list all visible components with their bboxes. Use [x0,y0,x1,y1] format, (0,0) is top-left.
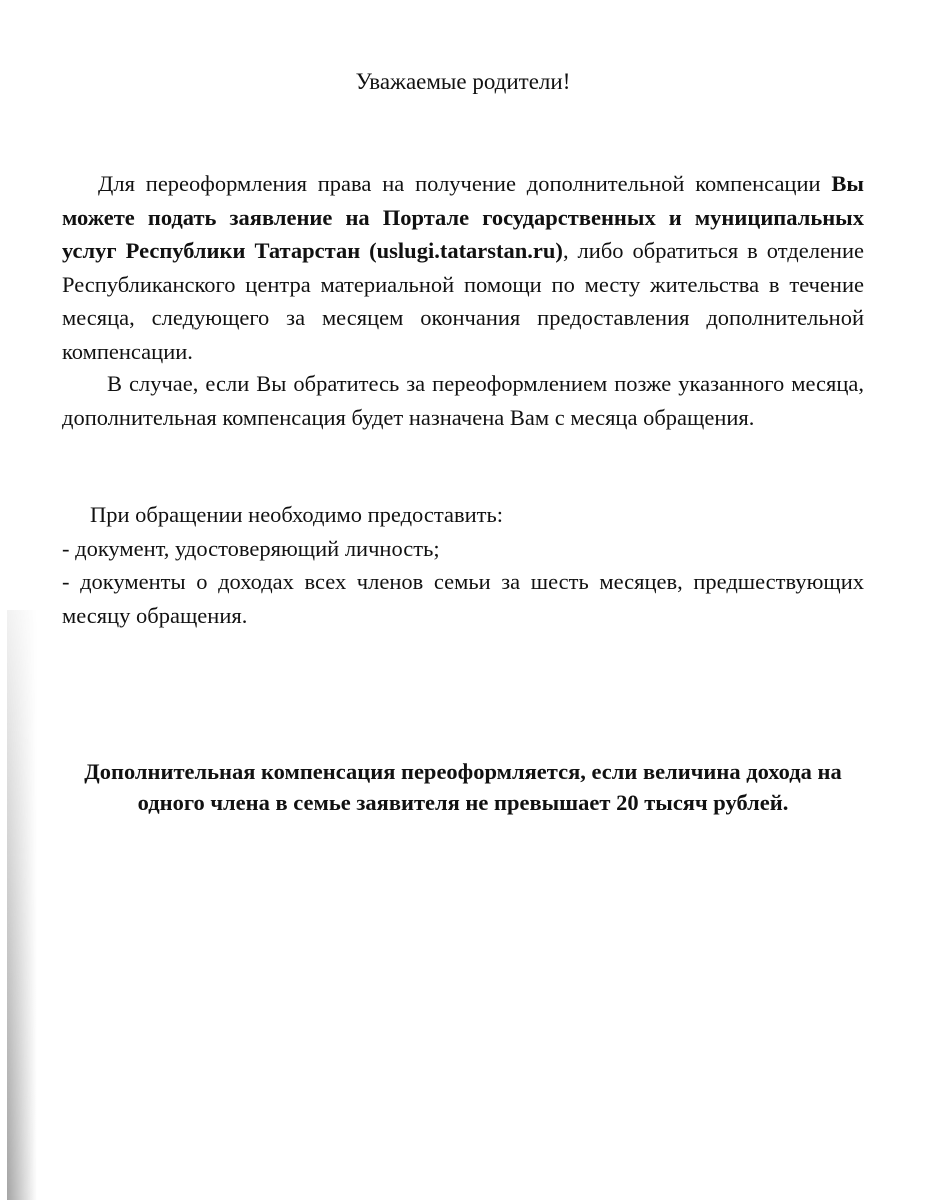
paragraph-reissue-instructions: Для переоформления права на получение до… [62,167,864,368]
paragraph-lead-text: Для переоформления права на получение до… [98,171,821,196]
requirement-item-income-documents: - документы о доходах всех членов семьи … [62,565,864,632]
document-greeting: Уважаемые родители! [62,66,864,98]
requirement-item-id-document: - документ, удостоверяющий личность; [62,532,864,566]
scanner-edge-shadow [0,610,40,1200]
income-limit-notice: Дополнительная компенсация переоформляет… [56,756,870,818]
requirements-intro: При обращении необходимо предоставить: [62,498,864,532]
paragraph-late-application: В случае, если Вы обратитесь за переофор… [62,367,864,434]
requirements-section: При обращении необходимо предоставить: -… [62,498,864,632]
late-application-text: В случае, если Вы обратитесь за переофор… [62,371,864,430]
requirements-intro-text: При обращении необходимо предоставить: [90,502,503,527]
